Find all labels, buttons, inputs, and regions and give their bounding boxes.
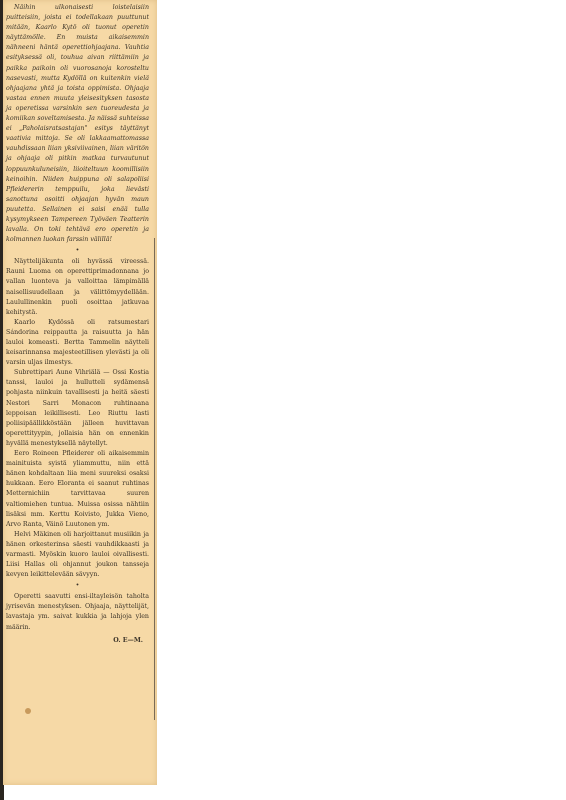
paragraph-kyto: Kaarlo Kydössä oli ratsumestari Sándorin… (6, 318, 149, 368)
column-rule (154, 238, 155, 720)
paragraph-success: Operetti saavutti ensi-iltayleisön tahol… (6, 592, 149, 632)
paragraph-roine: Eero Roineen Pfleiderer oli aikaisemmin … (6, 449, 149, 530)
paragraph-cast: Näyttelijäkunta oli hyvässä vireessä. Ra… (6, 257, 149, 318)
article-column: Näihin ulkonaisesti loistelaisiin puitte… (6, 3, 149, 646)
separator-bullet: • (6, 247, 149, 255)
paragraph-soubrette: Subrettipari Aune Vihriälä — Ossi Kostia… (6, 368, 149, 449)
author-signature: O. E—M. (6, 636, 149, 646)
paragraph-music: Helvi Mäkinen oli harjoittanut musiikin … (6, 530, 149, 580)
paragraph-direction: Näihin ulkonaisesti loistelaisiin puitte… (6, 3, 149, 245)
separator-bullet: • (6, 582, 149, 590)
